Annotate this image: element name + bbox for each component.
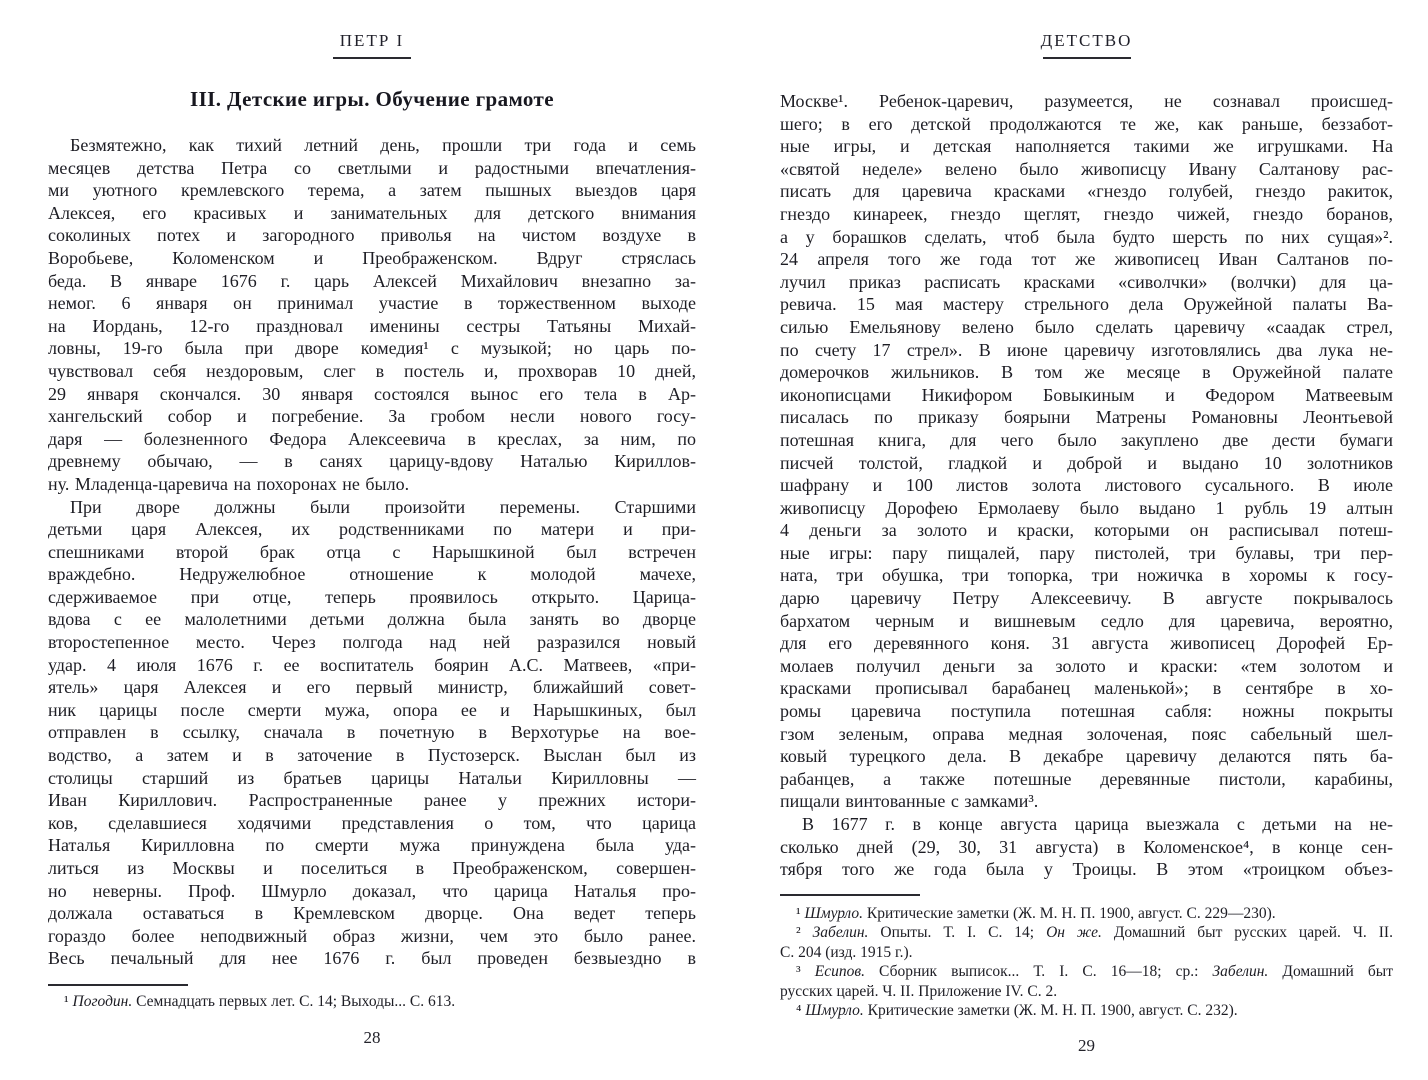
body-text: Москве¹. Ребенок-царевич, разумеется, не… bbox=[780, 90, 1393, 881]
text-line: гораздо более неподвижный образ жизни, ч… bbox=[48, 925, 696, 948]
text-line: по счету 17 стрел». В июне царевичу изго… bbox=[780, 339, 1393, 362]
paragraph: Москве¹. Ребенок-царевич, разумеется, не… bbox=[780, 90, 1393, 813]
text-line: молаев получил деньги за золото и краски… bbox=[780, 655, 1393, 678]
text-line: древнему обычаю, — в санях царицу-вдову … bbox=[48, 450, 696, 473]
footnote-text: ³ bbox=[796, 963, 815, 980]
text-line: В 1677 г. в конце августа царица выезжал… bbox=[780, 813, 1393, 836]
text-line: шего; в его детской продолжаются те же, … bbox=[780, 113, 1393, 136]
footnote-line: ¹ Погодин. Семнадцать первых лет. С. 14;… bbox=[48, 992, 696, 1012]
text-line: лучил приказ расписать красками «сиволчк… bbox=[780, 271, 1393, 294]
footnote-line: ² Забелин. Опыты. Т. I. С. 14; Он же. До… bbox=[780, 923, 1393, 943]
footnote-text: Семнадцать первых лет. С. 14; Выходы... … bbox=[132, 993, 455, 1010]
text-line: пищали винтованные с замками³. bbox=[780, 790, 1393, 813]
text-line: второстепенное место. Через полгода над … bbox=[48, 631, 696, 654]
text-line: ные игры, и детская наполняется такими ж… bbox=[780, 135, 1393, 158]
text-line: писалась по приказу боярыни Матрены Рома… bbox=[780, 406, 1393, 429]
left-page: ПЕТР I III. Детские игры. Обучение грамо… bbox=[48, 0, 696, 1080]
text-line: Безмятежно, как тихий летний день, прошл… bbox=[48, 134, 696, 157]
footnote-text: Критические заметки (Ж. М. Н. П. 1900, а… bbox=[864, 1002, 1238, 1019]
footnote-text: Сборник выписок... Т. I. С. 16—18; ср.: bbox=[865, 963, 1213, 980]
text-line: но неверны. Проф. Шмурло доказал, что ца… bbox=[48, 880, 696, 903]
text-line: немог. 6 января он принимал участие в то… bbox=[48, 292, 696, 315]
footnote-line: ³ Есипов. Сборник выписок... Т. I. С. 16… bbox=[780, 962, 1393, 982]
text-line: водство, а затем и в заточение в Пустозе… bbox=[48, 744, 696, 767]
right-page: ДЕТСТВО Москве¹. Ребенок-царевич, разуме… bbox=[780, 0, 1393, 1080]
text-line: враждебно. Недружелюбное отношение к мол… bbox=[48, 563, 696, 586]
text-line: ник царицы после смерти мужа, опора ее и… bbox=[48, 699, 696, 722]
footnote-author: Шмурло. bbox=[805, 905, 863, 922]
text-line: ми уютного кремлевского терема, а затем … bbox=[48, 179, 696, 202]
text-line: «святой неделе» велено было живописцу Ив… bbox=[780, 158, 1393, 181]
text-line: даря — болезненного Федора Алексеевича в… bbox=[48, 428, 696, 451]
text-line: красками прописывал барабанец маленькой»… bbox=[780, 677, 1393, 700]
text-line: ну. Младенца-царевича на похоронах не бы… bbox=[48, 473, 696, 496]
text-line: иконописцами Никифором Бовыкиным и Федор… bbox=[780, 384, 1393, 407]
text-line: дарю царевичу Петру Алексеевичу. В авгус… bbox=[780, 587, 1393, 610]
text-line: а у борашков сделать, чтоб была будто ше… bbox=[780, 226, 1393, 249]
text-line: писать для царевича красками «гнездо гол… bbox=[780, 180, 1393, 203]
text-line: на Иордань, 12-го праздновал именины сес… bbox=[48, 315, 696, 338]
footnote-line: русских царей. Ч. II. Приложение IV. С. … bbox=[780, 982, 1393, 1002]
footnote-text: ⁴ bbox=[796, 1002, 805, 1019]
page-number: 28 bbox=[48, 1028, 696, 1048]
text-line: чувствовал себя нездоровым, слег в посте… bbox=[48, 360, 696, 383]
text-line: ятель» царя Алексея и его первый министр… bbox=[48, 676, 696, 699]
text-line: спешниками второй брак отца с Нарышкиной… bbox=[48, 541, 696, 564]
paragraph: Безмятежно, как тихий летний день, прошл… bbox=[48, 134, 696, 496]
text-line: вдова с ее малолетними детьми должна был… bbox=[48, 608, 696, 631]
text-line: 4 деньги за золото и краски, которыми он… bbox=[780, 519, 1393, 542]
footnote-text: Домашний быт русских царей. Ч. II. bbox=[1102, 924, 1393, 941]
text-line: литься из Москвы и поселиться в Преображ… bbox=[48, 857, 696, 880]
text-line: силью Емельянову велено было сделать цар… bbox=[780, 316, 1393, 339]
footnote-rule bbox=[48, 984, 188, 986]
text-line: удар. 4 июля 1676 г. ее воспитатель бояр… bbox=[48, 654, 696, 677]
text-line: для его деревянного коня. 31 августа жив… bbox=[780, 632, 1393, 655]
footnote-text: ¹ bbox=[64, 993, 73, 1010]
footnote-text: Критические заметки (Ж. М. Н. П. 1900, а… bbox=[863, 905, 1276, 922]
text-line: домерочков жильников. В том же месяце в … bbox=[780, 361, 1393, 384]
footnotes: ¹ Погодин. Семнадцать первых лет. С. 14;… bbox=[48, 992, 696, 1012]
footnotes: ¹ Шмурло. Критические заметки (Ж. М. Н. … bbox=[780, 904, 1393, 1021]
text-line: При дворе должны были произойти перемены… bbox=[48, 496, 696, 519]
text-line: потешная книга, для чего было закуплено … bbox=[780, 429, 1393, 452]
footnote-line: ¹ Шмурло. Критические заметки (Ж. М. Н. … bbox=[780, 904, 1393, 924]
running-head: ДЕТСТВО bbox=[780, 30, 1393, 51]
text-line: ные игры: пару пищалей, пару пистолей, т… bbox=[780, 542, 1393, 565]
footnote-author: Погодин. bbox=[73, 993, 133, 1010]
text-line: соколиных потех и загородного приволья н… bbox=[48, 224, 696, 247]
text-line: Воробьеве, Коломенском и Преображенском.… bbox=[48, 247, 696, 270]
chapter-heading: III. Детские игры. Обучение грамоте bbox=[48, 86, 696, 112]
text-line: Москве¹. Ребенок-царевич, разумеется, не… bbox=[780, 90, 1393, 113]
text-line: Наталья Кирилловна по смерти мужа принуж… bbox=[48, 834, 696, 857]
text-line: писчей толстой, гладкой и доброй и выдан… bbox=[780, 452, 1393, 475]
left-page-header: ПЕТР I bbox=[48, 30, 696, 59]
text-line: 24 апреля того же года тот же живописец … bbox=[780, 248, 1393, 271]
text-line: хангельский собор и погребение. За гробо… bbox=[48, 405, 696, 428]
paragraph: При дворе должны были произойти перемены… bbox=[48, 496, 696, 970]
footnote-author: Забелин. bbox=[813, 924, 869, 941]
footnote-line: ⁴ Шмурло. Критические заметки (Ж. М. Н. … bbox=[780, 1001, 1393, 1021]
text-line: сколько дней (29, 30, 31 августа) в Коло… bbox=[780, 836, 1393, 859]
running-head-rule bbox=[333, 57, 411, 59]
text-line: столицы старший из братьев царицы Наталь… bbox=[48, 767, 696, 790]
footnote-text: Домашний быт bbox=[1268, 963, 1393, 980]
footnote-text: ² bbox=[796, 924, 813, 941]
text-line: ков, сделавшиеся ходячими представления … bbox=[48, 812, 696, 835]
text-line: ната, три обушка, три топорка, три ножич… bbox=[780, 564, 1393, 587]
text-line: 29 января скончался. 30 января состоялся… bbox=[48, 383, 696, 406]
text-line: месяцев детства Петра со светлыми и радо… bbox=[48, 157, 696, 180]
text-line: детьми царя Алексея, их родственниками п… bbox=[48, 518, 696, 541]
text-line: шафрану и 100 листов золота листового су… bbox=[780, 474, 1393, 497]
footnote-line: С. 204 (изд. 1915 г.). bbox=[780, 943, 1393, 963]
footnote-rule bbox=[780, 894, 920, 896]
text-line: должала оставаться в Кремлевском дворце.… bbox=[48, 902, 696, 925]
text-line: ромы царевича поступила потешная сабля: … bbox=[780, 700, 1393, 723]
book-scan: { "book": { "left_page": { "running_head… bbox=[0, 0, 1428, 1080]
text-line: гзом зеленым, оправа медная золоченая, п… bbox=[780, 723, 1393, 746]
text-line: отправлен в ссылку, сначала в почетную в… bbox=[48, 721, 696, 744]
footnote-text: С. 204 (изд. 1915 г.). bbox=[780, 944, 913, 961]
paragraph: В 1677 г. в конце августа царица выезжал… bbox=[780, 813, 1393, 881]
text-line: ревича. 15 мая мастеру стрельного дела О… bbox=[780, 293, 1393, 316]
text-line: тября того же года была у Троицы. В этом… bbox=[780, 858, 1393, 881]
text-line: живописцу Дорофею Ермолаеву было выдано … bbox=[780, 497, 1393, 520]
page-number: 29 bbox=[780, 1036, 1393, 1056]
text-line: Весь печальный для нее 1676 г. был прове… bbox=[48, 947, 696, 970]
footnote-text: Опыты. Т. I. С. 14; bbox=[868, 924, 1046, 941]
running-head-rule bbox=[1043, 57, 1131, 59]
text-line: рабанцев, а также потешные деревянные пи… bbox=[780, 768, 1393, 791]
footnote-author: Забелин. bbox=[1213, 963, 1269, 980]
footnote-author: Есипов. bbox=[815, 963, 865, 980]
text-line: гнездо кинареек, гнездо щеглят, гнездо ч… bbox=[780, 203, 1393, 226]
text-line: Алексея, его красивых и занимательных дл… bbox=[48, 202, 696, 225]
footnote-author: Шмурло. bbox=[805, 1002, 863, 1019]
text-line: сдерживаемое при отце, теперь проявилось… bbox=[48, 586, 696, 609]
footnote-author: Он же. bbox=[1046, 924, 1102, 941]
text-line: ловны, 19-го была при дворе комедия¹ с м… bbox=[48, 337, 696, 360]
running-head: ПЕТР I bbox=[48, 30, 696, 51]
text-line: ковый турецкого дела. В декабре царевичу… bbox=[780, 745, 1393, 768]
text-line: бархатом черным и вишневым седло для цар… bbox=[780, 610, 1393, 633]
right-page-header: ДЕТСТВО bbox=[780, 30, 1393, 59]
text-line: беда. В январе 1676 г. царь Алексей Миха… bbox=[48, 270, 696, 293]
footnote-text: русских царей. Ч. II. Приложение IV. С. … bbox=[780, 983, 1057, 1000]
body-text: Безмятежно, как тихий летний день, прошл… bbox=[48, 134, 696, 970]
text-line: Иван Кириллович. Распространенные ранее … bbox=[48, 789, 696, 812]
footnote-text: ¹ bbox=[796, 905, 805, 922]
